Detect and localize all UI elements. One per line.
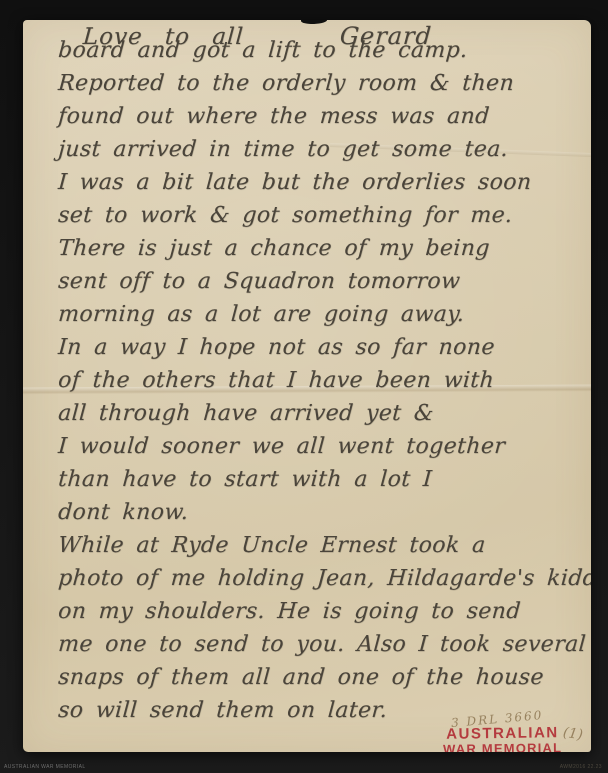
- photo-mount-background: board and got a lift to the camp.Reporte…: [0, 0, 608, 773]
- letter-line: of the others that I have been with: [57, 364, 579, 397]
- watermark-right: AWM2016 22.23: [560, 764, 602, 770]
- letter-line: I was a bit late but the orderlies soon: [57, 166, 579, 199]
- letter-line: all through have arrived yet &: [57, 397, 579, 430]
- closing-text: Love to all: [82, 21, 245, 54]
- letter-line: I would sooner we all went together: [57, 430, 579, 463]
- letter-line: morning as a lot are going away.: [57, 298, 579, 331]
- letter-line: snaps of them all and one of the house: [57, 661, 579, 694]
- letter-line: just arrived in time to get some tea.: [57, 133, 579, 166]
- awm-stamp-line2: WAR MEMORIAL: [443, 741, 562, 752]
- letter-line: found out where the mess was and: [57, 100, 579, 133]
- letter-line: me one to send to you. Also I took sever…: [57, 628, 579, 661]
- letter-line: set to work & got something for me.: [57, 199, 579, 232]
- letter-line: Reported to the orderly room & then: [57, 67, 579, 100]
- letter-line: photo of me holding Jean, Hildagarde's k…: [57, 562, 579, 595]
- letter-line: In a way I hope not as so far none: [57, 331, 579, 364]
- signature: Gerard: [339, 20, 433, 53]
- letter-line: sent off to a Squadron tomorrow: [57, 265, 579, 298]
- letter-body: board and got a lift to the camp.Reporte…: [23, 20, 591, 727]
- letter-line: There is just a chance of my being: [57, 232, 579, 265]
- watermark-left: AUSTRALIAN WAR MEMORIAL: [4, 764, 86, 770]
- letter-paper: board and got a lift to the camp.Reporte…: [23, 20, 591, 752]
- letter-line: than have to start with a lot I: [57, 463, 579, 496]
- page-number: (1): [562, 725, 584, 744]
- letter-line: on my shoulders. He is going to send: [57, 595, 579, 628]
- letter-line: dont know.: [57, 496, 579, 529]
- letter-closing-row: Love to all Gerard: [23, 20, 591, 53]
- awm-stamp: AUSTRALIAN WAR MEMORIAL: [443, 725, 563, 752]
- letter-line: While at Ryde Uncle Ernest took a: [57, 529, 579, 562]
